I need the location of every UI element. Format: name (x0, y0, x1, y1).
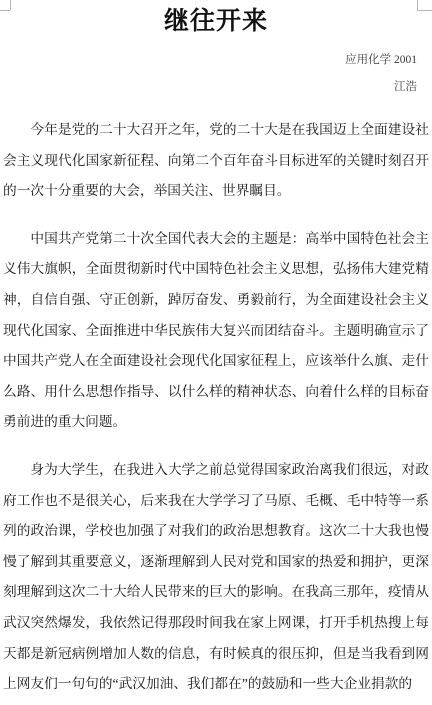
byline-author: 江浩 (0, 74, 417, 101)
crop-mark-top-left-vertical (10, 0, 11, 10)
paragraph-personal-reflection: 身为大学生，在我进入大学之前总觉得国家政治离我们很远，对政府工作也不是很关心，后… (3, 455, 429, 700)
document-page: 继往开来 应用化学 2001 江浩 今年是党的二十大召开之年，党的二十大是在我国… (0, 0, 432, 705)
document-body: 今年是党的二十大召开之年，党的二十大是在我国迈上全面建设社会主义现代化国家新征程… (3, 115, 429, 700)
byline-class: 应用化学 2001 (0, 47, 417, 74)
byline-block: 应用化学 2001 江浩 (0, 47, 432, 101)
crop-mark-top-left-horizontal (0, 10, 10, 11)
crop-mark-top-right-vertical (417, 0, 418, 10)
crop-mark-top-right-horizontal (417, 10, 432, 11)
paragraph-intro: 今年是党的二十大召开之年，党的二十大是在我国迈上全面建设社会主义现代化国家新征程… (3, 115, 429, 207)
document-title: 继往开来 (0, 4, 432, 40)
paragraph-congress-theme: 中国共产党第二十次全国代表大会的主题是：高举中国特色社会主义伟大旗帜，全面贯彻新… (3, 224, 429, 438)
